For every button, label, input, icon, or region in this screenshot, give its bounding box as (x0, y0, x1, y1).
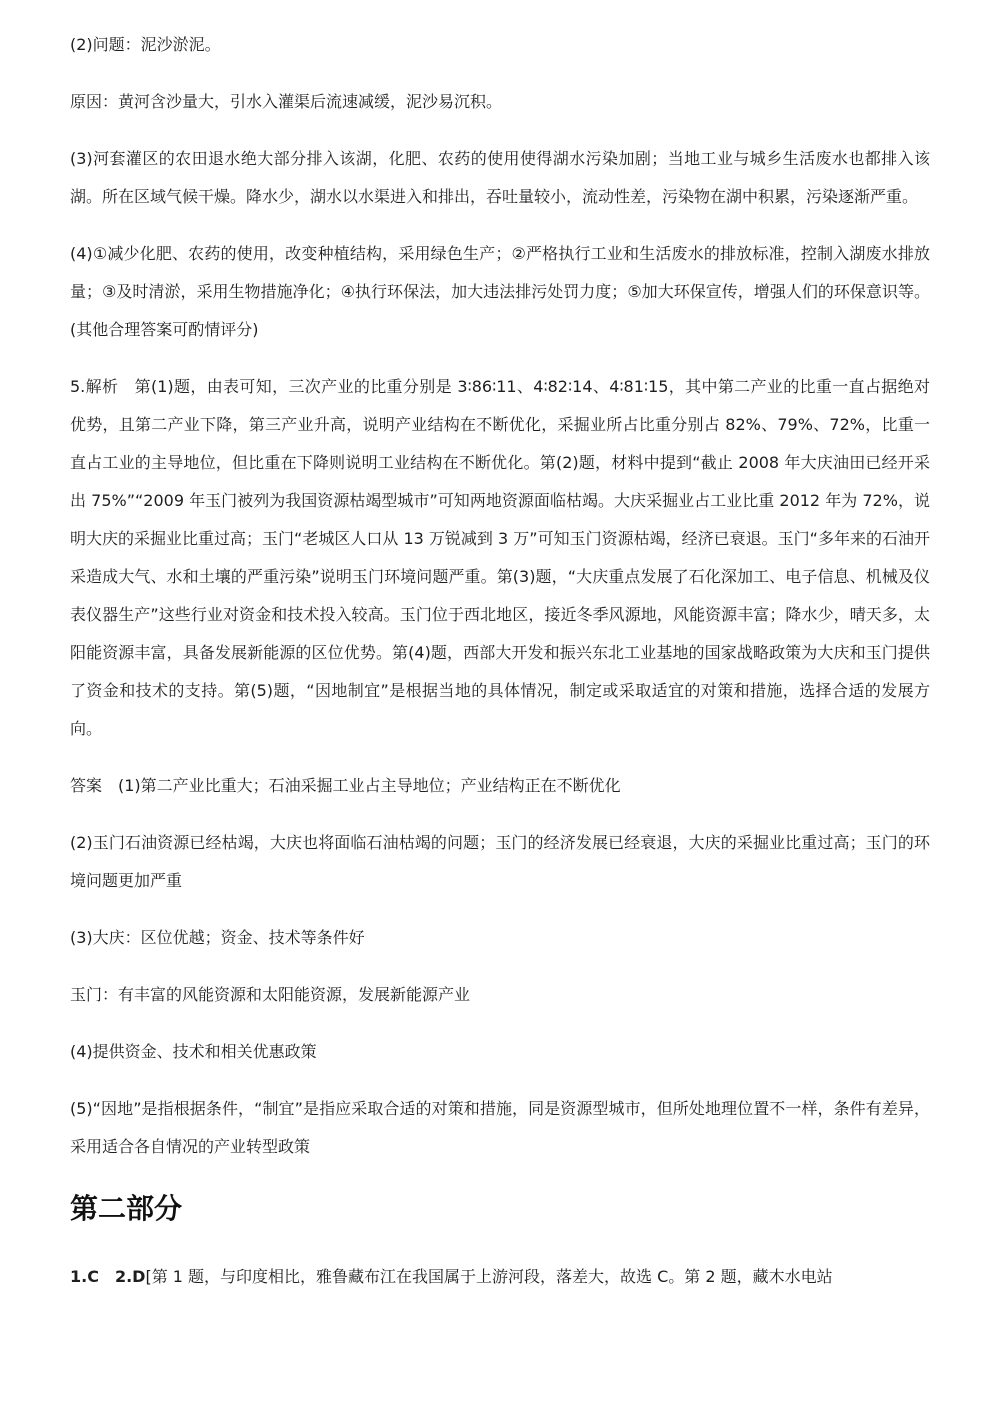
document-page: (2)问题：泥沙淤泥。 原因：黄河含沙量大，引水入灌渠后流速减缓，泥沙易沉积。 … (0, 0, 992, 1296)
part2-answer-explanation: [第 1 题，与印度相比，雅鲁藏布江在我国属于上游河段，落差大，故选 C。第 2… (145, 1267, 832, 1286)
q5-analysis: 5.解析 第(1)题，由表可知，三次产业的比重分别是 3∶86∶11、4∶82∶… (70, 368, 930, 748)
section-heading-part2: 第二部分 (70, 1192, 930, 1226)
part2-answer-labels: 1.C 2.D (70, 1267, 145, 1286)
q4-part2-reason: 原因：黄河含沙量大，引水入灌渠后流速减缓，泥沙易沉积。 (70, 83, 930, 121)
q5-answer-item3-daqing: (3)大庆：区位优越；资金、技术等条件好 (70, 919, 930, 957)
q5-answer-item1: 答案 (1)第二产业比重大；石油采掘工业占主导地位；产业结构正在不断优化 (70, 767, 930, 805)
q4-part3-answer: (3)河套灌区的农田退水绝大部分排入该湖，化肥、农药的使用使得湖水污染加剧；当地… (70, 140, 930, 216)
q5-answer-item3-yumen: 玉门：有丰富的风能资源和太阳能资源，发展新能源产业 (70, 976, 930, 1014)
part2-answers-line: 1.C 2.D[第 1 题，与印度相比，雅鲁藏布江在我国属于上游河段，落差大，故… (70, 1258, 930, 1296)
q5-answer-item2: (2)玉门石油资源已经枯竭，大庆也将面临石油枯竭的问题；玉门的经济发展已经衰退，… (70, 824, 930, 900)
q5-answer-item5: (5)“因地”是指根据条件，“制宜”是指应采取合适的对策和措施，同是资源型城市，… (70, 1090, 930, 1166)
q4-part4-answer: (4)①减少化肥、农药的使用，改变种植结构，采用绿色生产；②严格执行工业和生活废… (70, 235, 930, 349)
q4-part2-problem: (2)问题：泥沙淤泥。 (70, 26, 930, 64)
q5-answer-item4: (4)提供资金、技术和相关优惠政策 (70, 1033, 930, 1071)
